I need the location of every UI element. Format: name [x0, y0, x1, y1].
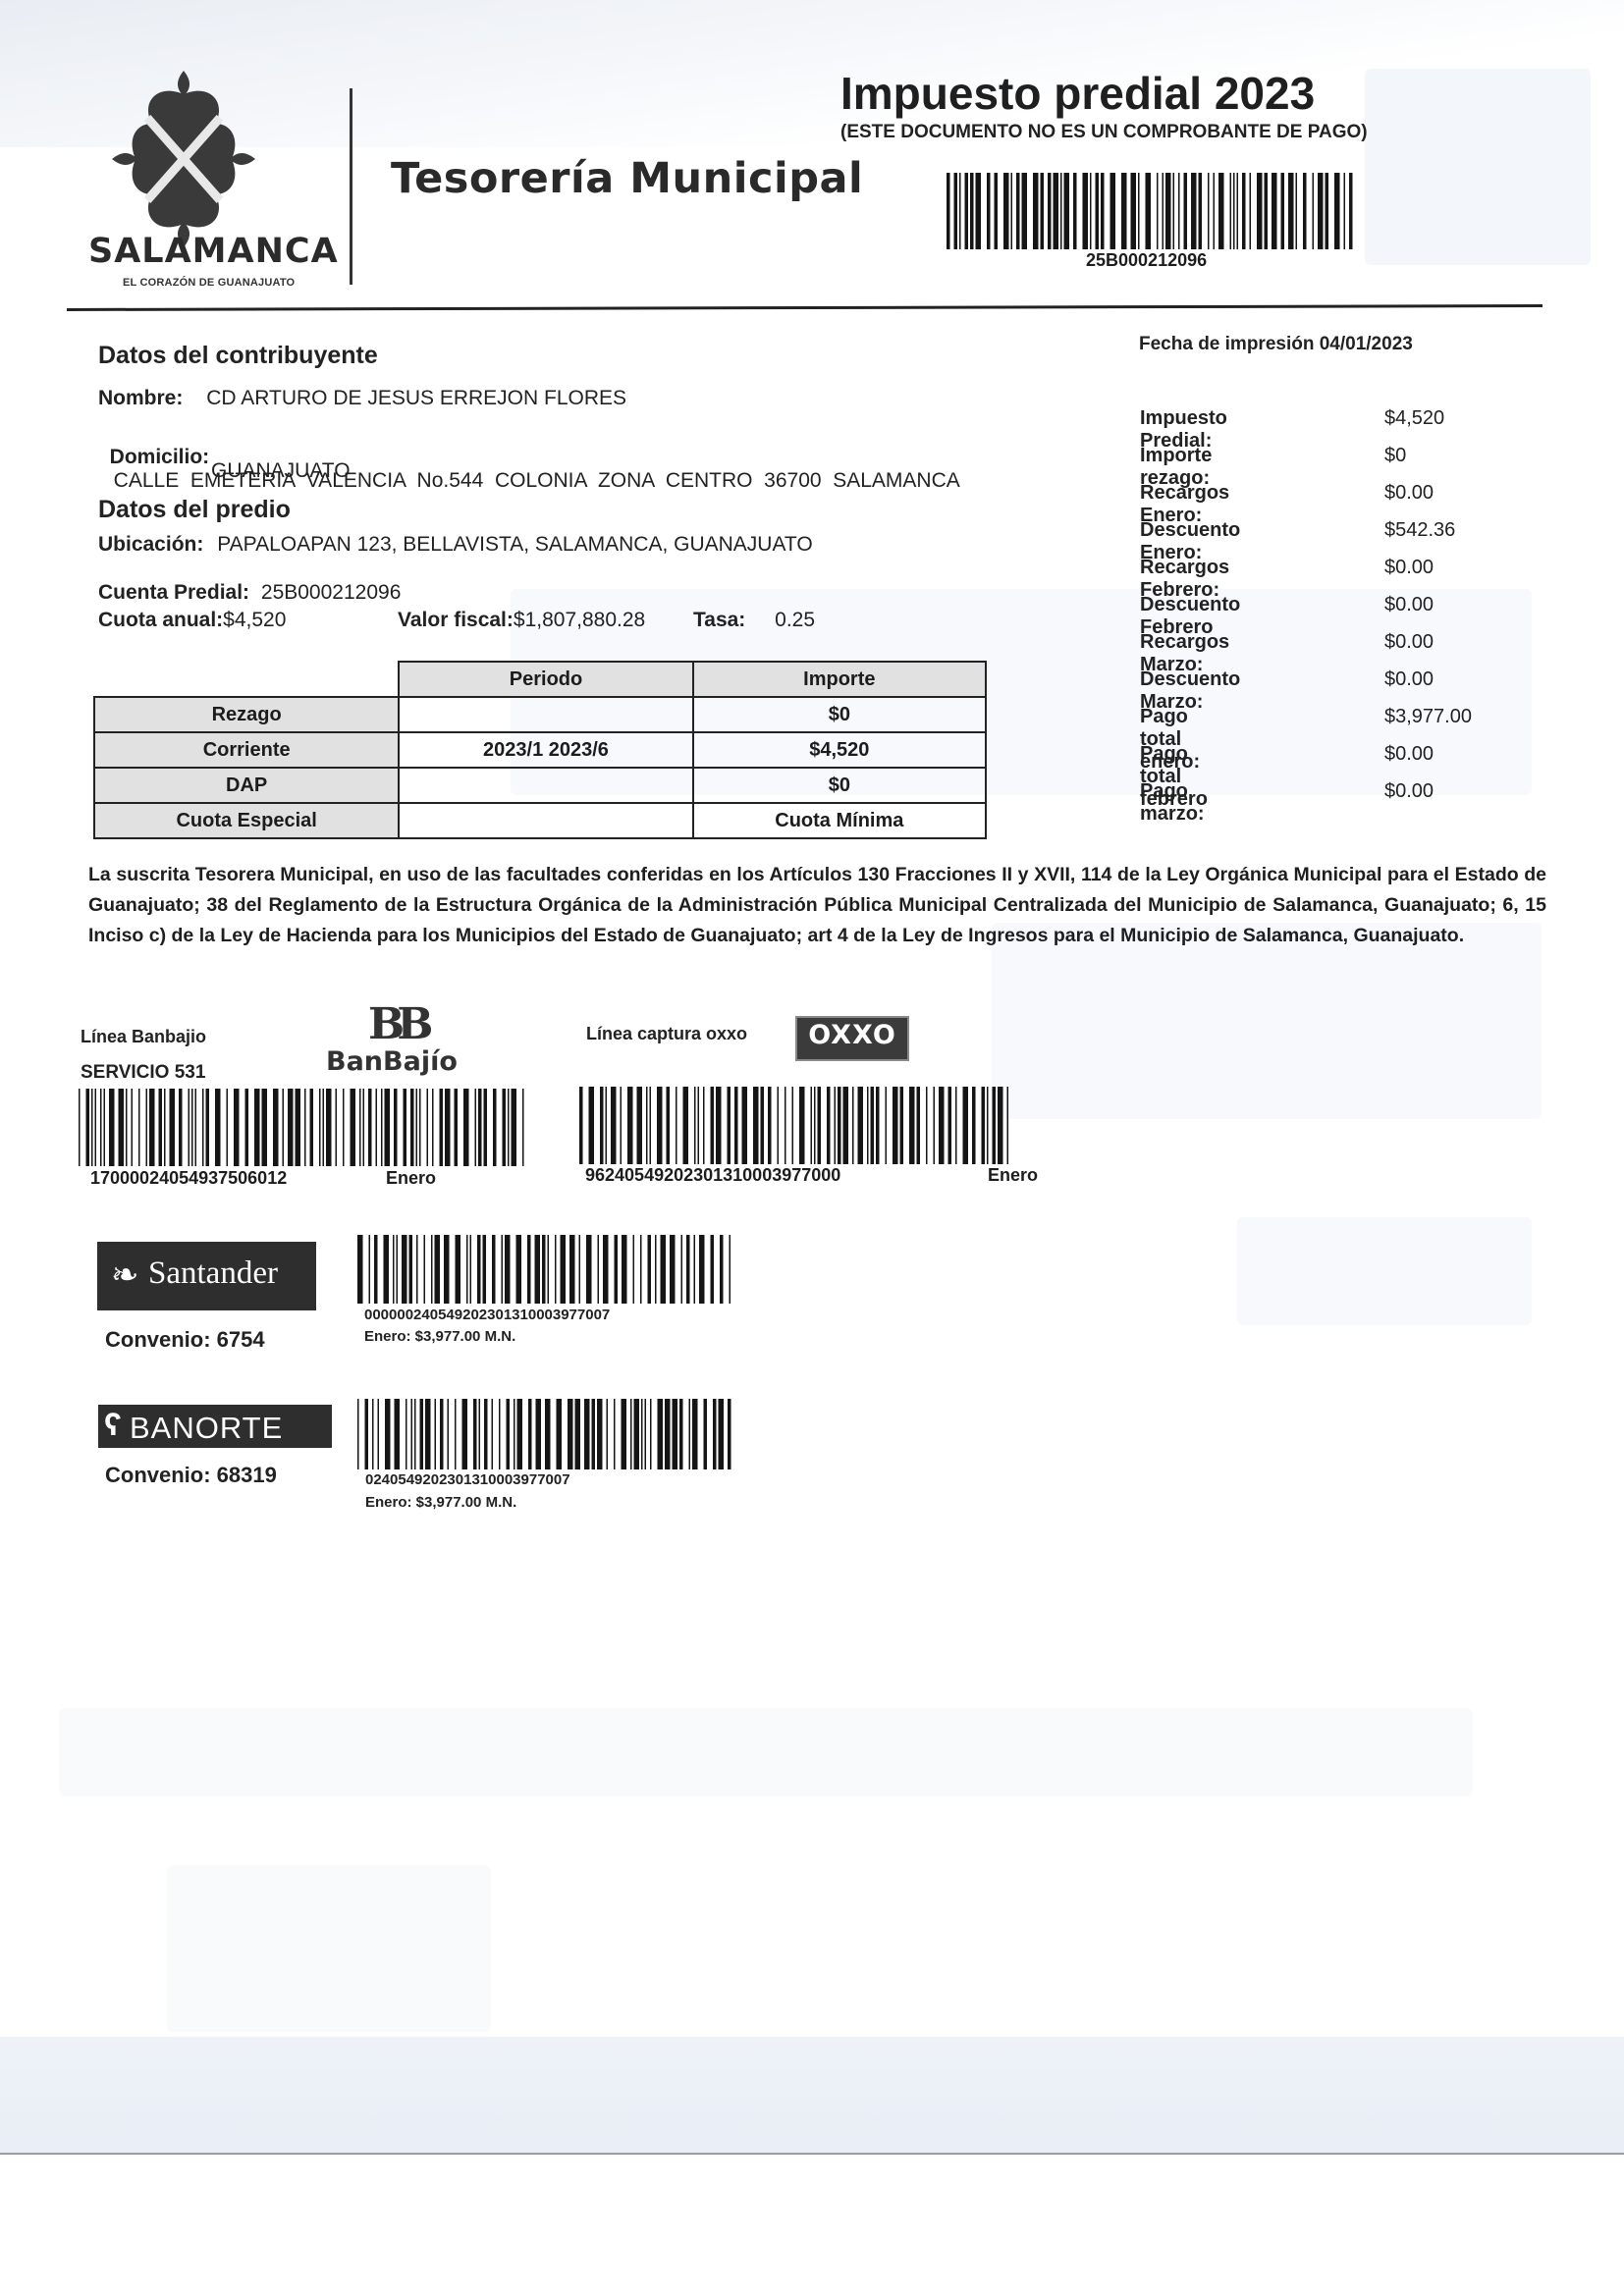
row-importe: $4,520 — [693, 732, 986, 768]
table-row: DAP $0 — [94, 768, 986, 803]
domicilio-line2: GUANAJUATO — [211, 459, 351, 483]
cuota-row: Cuota anual:$4,520 — [98, 609, 286, 632]
banbajio-barcode — [79, 1089, 528, 1166]
tasa-label: Tasa: — [693, 609, 745, 631]
summary-value: $0.00 — [1384, 668, 1434, 691]
summary-value: $0.00 — [1384, 482, 1434, 505]
row-concept: DAP — [94, 768, 399, 803]
header-importe: Importe — [693, 662, 986, 697]
document-subtitle: (ESTE DOCUMENTO NO ES UN COMPROBANTE DE … — [840, 122, 1368, 143]
row-periodo — [399, 768, 692, 803]
cuenta-value: 25B000212096 — [261, 581, 401, 604]
banorte-logo-text: BANORTE — [130, 1411, 283, 1446]
header-periodo: Periodo — [399, 662, 692, 697]
row-periodo: 2023/1 2023/6 — [399, 732, 692, 768]
summary-value: $0.00 — [1384, 780, 1434, 803]
cuenta-row: Cuenta Predial: 25B000212096 — [98, 581, 401, 605]
summary-value: $0 — [1384, 445, 1406, 467]
account-barcode-number: 25B000212096 — [1086, 250, 1207, 271]
legal-text: La suscrita Tesorera Municipal, en uso d… — [88, 860, 1546, 951]
ubicacion-value: PAPALOAPAN 123, BELLAVISTA, SALAMANCA, G… — [217, 533, 813, 556]
row-importe: Cuota Mínima — [693, 803, 986, 838]
tasa-row: Tasa: 0.25 — [693, 609, 815, 632]
oxxo-logo-icon: OXXO — [795, 1016, 909, 1061]
summary-value: $3,977.00 — [1384, 706, 1472, 728]
oxxo-barcode — [579, 1087, 1011, 1164]
valor-fiscal-label: Valor fiscal: — [398, 609, 514, 631]
summary-value: $0.00 — [1384, 743, 1434, 766]
nombre-label: Nombre: — [98, 387, 183, 409]
banorte-reference: 0240549202301310003977007 — [365, 1471, 570, 1488]
row-periodo — [399, 697, 692, 732]
banbajio-service: SERVICIO 531 — [81, 1062, 205, 1084]
santander-convenio: Convenio: 6754 — [105, 1327, 265, 1353]
santander-logo: ❧ Santander — [97, 1242, 316, 1310]
period-table-header: Periodo Importe — [94, 662, 986, 697]
account-barcode — [947, 173, 1354, 249]
valor-fiscal-value: $1,807,880.28 — [514, 609, 645, 631]
banbajio-logo-icon: BB — [368, 1003, 425, 1046]
document-title: Impuesto predial 2023 — [840, 67, 1315, 120]
valor-fiscal-row: Valor fiscal:$1,807,880.28 — [398, 609, 645, 632]
bleed-through-emergency-logo — [167, 1865, 491, 2032]
row-periodo — [399, 803, 692, 838]
bleed-through-url — [1237, 1217, 1532, 1325]
summary-value: $0.00 — [1384, 557, 1434, 579]
banorte-amount: Enero: $3,977.00 M.N. — [365, 1494, 516, 1511]
flame-icon: ❧ — [111, 1255, 139, 1295]
row-importe: $0 — [693, 697, 986, 732]
bleed-through-promo-2 — [992, 923, 1542, 1119]
office-name: Tesorería Municipal — [391, 154, 863, 203]
bleed-through-partner-logos — [59, 1708, 1473, 1796]
summary-label: Pago marzo: — [1140, 780, 1205, 826]
summary-value: $542.36 — [1384, 519, 1455, 542]
municipality-tagline: EL CORAZÓN DE GUANAJUATO — [123, 277, 295, 289]
oxxo-logo-text: OXXO — [797, 1020, 907, 1050]
header-rule — [67, 304, 1543, 311]
banorte-mark-icon: ʕ — [104, 1407, 122, 1443]
table-row: Cuota Especial Cuota Mínima — [94, 803, 986, 838]
bleed-through-logo — [1365, 69, 1591, 265]
header-divider — [350, 88, 352, 285]
cuota-value: $4,520 — [223, 609, 286, 631]
ubicacion-label: Ubicación: — [98, 533, 203, 556]
cuota-label: Cuota anual: — [98, 609, 223, 631]
oxxo-reference: 96240549202301310003977000 — [585, 1165, 840, 1186]
nombre-value: CD ARTURO DE JESUS ERREJON FLORES — [206, 387, 626, 409]
domicilio-label: Domicilio: — [110, 446, 210, 468]
print-date-value: 04/01/2023 — [1320, 334, 1413, 354]
banbajio-month: Enero — [386, 1168, 436, 1189]
row-concept: Cuota Especial — [94, 803, 399, 838]
contribuyente-heading: Datos del contribuyente — [98, 342, 378, 370]
tasa-value: 0.25 — [775, 609, 815, 631]
predio-heading: Datos del predio — [98, 496, 291, 524]
municipality-name: SALAMANCA — [88, 232, 339, 271]
cuenta-label: Cuenta Predial: — [98, 581, 249, 604]
print-date: Fecha de impresión 04/01/2023 — [1139, 334, 1413, 355]
santander-reference: 000000240549202301310003977007 — [364, 1307, 610, 1323]
banbajio-reference: 17000024054937506012 — [90, 1168, 287, 1189]
banorte-convenio: Convenio: 68319 — [105, 1463, 277, 1488]
banbajio-logo-text: BanBajío — [326, 1046, 458, 1077]
summary-value: $0.00 — [1384, 631, 1434, 654]
santander-logo-text: Santander — [148, 1255, 278, 1292]
row-concept: Rezago — [94, 697, 399, 732]
table-row: Rezago $0 — [94, 697, 986, 732]
ubicacion-row: Ubicación: PAPALOAPAN 123, BELLAVISTA, S… — [98, 533, 813, 557]
print-date-label: Fecha de impresión — [1139, 334, 1314, 354]
bleed-through-footer-banner — [0, 2037, 1624, 2155]
period-table: Periodo Importe Rezago $0Corriente 2023/… — [93, 661, 987, 839]
santander-barcode — [357, 1235, 732, 1304]
banorte-barcode — [357, 1399, 732, 1469]
summary-value: $0.00 — [1384, 594, 1434, 616]
santander-amount: Enero: $3,977.00 M.N. — [364, 1328, 515, 1345]
oxxo-month: Enero — [988, 1165, 1038, 1186]
table-row: Corriente 2023/1 2023/6 $4,520 — [94, 732, 986, 768]
nombre-row: Nombre: CD ARTURO DE JESUS ERREJON FLORE… — [98, 387, 626, 410]
row-importe: $0 — [693, 768, 986, 803]
banorte-logo: ʕ BANORTE — [98, 1405, 332, 1448]
oxxo-label: Línea captura oxxo — [586, 1024, 747, 1044]
row-concept: Corriente — [94, 732, 399, 768]
summary-value: $4,520 — [1384, 407, 1444, 430]
banbajio-label: Línea Banbajio — [81, 1027, 206, 1047]
